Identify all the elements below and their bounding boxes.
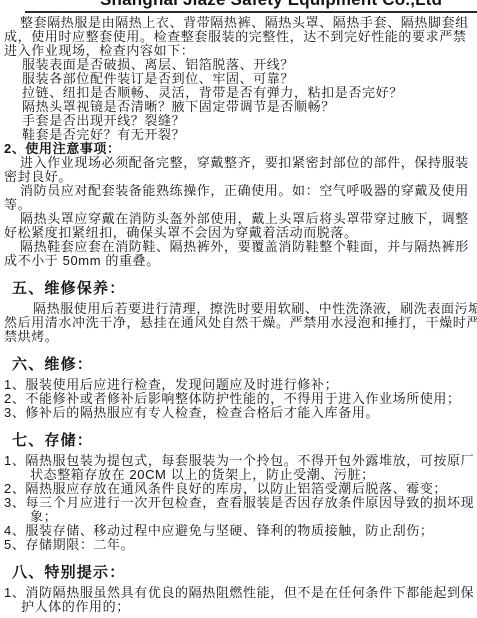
storage-item: 4、服装存储、移动过程中应避免与坚硬、锋利的物质接触，防止刮伤； [4, 524, 477, 538]
repair-item: 3、修补后的隔热服应有专人检查，检查合格后才能入库备用。 [4, 406, 477, 420]
usage-notes-line: 进入作业现场必须配备完整，穿戴整齐，要扣紧密封部位的部件，保持服装 [4, 156, 477, 170]
company-name: Shanghai Jiaze Safety Equipment Co.,Ltd [100, 0, 442, 10]
usage-notes-line: 成不小于 50mm 的重叠。 [4, 254, 477, 268]
checklist-item: 服装各部位配件装订是否到位、牢固、可靠？ [4, 72, 477, 86]
intro-line: 进入作业现场，检查内容如下： [4, 44, 477, 58]
usage-notes-subheading: 2、使用注意事项： [4, 142, 477, 156]
maintenance-care-line: 然后用清水冲洗干净，悬挂在通风处自然干燥。严禁用水浸泡和捶打，干燥时严 [4, 316, 477, 330]
usage-notes-line: 隔热头罩应穿戴在消防头盔外部使用，戴上头罩后将头罩带穿过腋下，调整 [4, 212, 477, 226]
storage-item: 1、隔热服包装为提包式，每套服装为一个拎包。不得开包外露堆放，可按原厂 [4, 454, 477, 468]
section-heading-repair: 六、维修： [12, 356, 477, 374]
document-page: Shanghai Jiaze Safety Equipment Co.,Ltd … [0, 0, 477, 618]
storage-item-wrap: 状态整箱存放在 20CM 以上的货架上，防止受潮、污脏； [4, 468, 477, 482]
page-header: Shanghai Jiaze Safety Equipment Co.,Ltd [25, 0, 477, 13]
storage-item: 2、隔热服应存放在通风条件良好的库房，以防止铝箔受潮后脱落、霉变； [4, 482, 477, 496]
intro-line: 成，使用时应整套使用。检查整套服装的完整性，达不到完好性能的要求严禁 [4, 30, 477, 44]
intro-line: 整套隔热服是由隔热上衣、背带隔热裤、隔热头罩、隔热手套、隔热脚套组 [4, 16, 477, 30]
checklist-item: 拉链、纽扣是否顺畅、灵活，背带是否有弹力，粘扣是否完好？ [4, 86, 477, 100]
maintenance-care-line: 禁烘烤。 [4, 330, 477, 344]
section-heading-special-notice: 八、特别提示： [12, 564, 477, 582]
usage-notes-line: 消防员应对配套装备能熟练操作，正确使用。如：空气呼吸器的穿戴及使用 [4, 184, 477, 198]
repair-item: 2、不能修补或者修补后影响整体防护性能的，不得用于进入作业场所使用； [4, 392, 477, 406]
usage-notes-line: 密封良好。 [4, 170, 477, 184]
storage-item-wrap: 象； [4, 510, 477, 524]
document-body: 整套隔热服是由隔热上衣、背带隔热裤、隔热头罩、隔热手套、隔热脚套组 成，使用时应… [0, 13, 477, 614]
section-heading-storage: 七、存储： [12, 432, 477, 450]
repair-item: 1、服装使用后应进行检查，发现问题应及时进行修补； [4, 378, 477, 392]
checklist-item: 鞋套是否完好？有无开裂？ [4, 128, 477, 142]
usage-notes-line: 好松紧度扣紧纽扣，确保头罩不会因为穿戴着活动而脱落。 [4, 226, 477, 240]
storage-item: 3、每三个月应进行一次开包检查，查看服装是否因存放条件原因导致的损坏现 [4, 496, 477, 510]
special-notice-item-wrap: 护人体的作用的； [4, 600, 477, 614]
usage-notes-line: 等。 [4, 198, 477, 212]
checklist-item: 服装表面是否破损、离层、铝箔脱落、开线？ [4, 58, 477, 72]
section-heading-maintenance-care: 五、维修保养： [12, 280, 477, 298]
checklist-item: 手套是否出现开线？裂缝？ [4, 114, 477, 128]
checklist-item: 隔热头罩视镜是否清晰？腋下固定带调节是否顺畅？ [4, 100, 477, 114]
storage-item: 5、存储期限：二年。 [4, 538, 477, 552]
special-notice-item: 1、消防隔热服虽然具有优良的隔热阻燃性能，但不是在任何条件下都能起到保 [4, 586, 477, 600]
maintenance-care-line: 隔热服使用后若要进行清理，擦洗时要用软刷、中性洗涤液，刷洗表面污垢， [4, 302, 477, 316]
usage-notes-line: 隔热鞋套应套在消防鞋、隔热裤外，要覆盖消防鞋整个鞋面，并与隔热裤形 [4, 240, 477, 254]
